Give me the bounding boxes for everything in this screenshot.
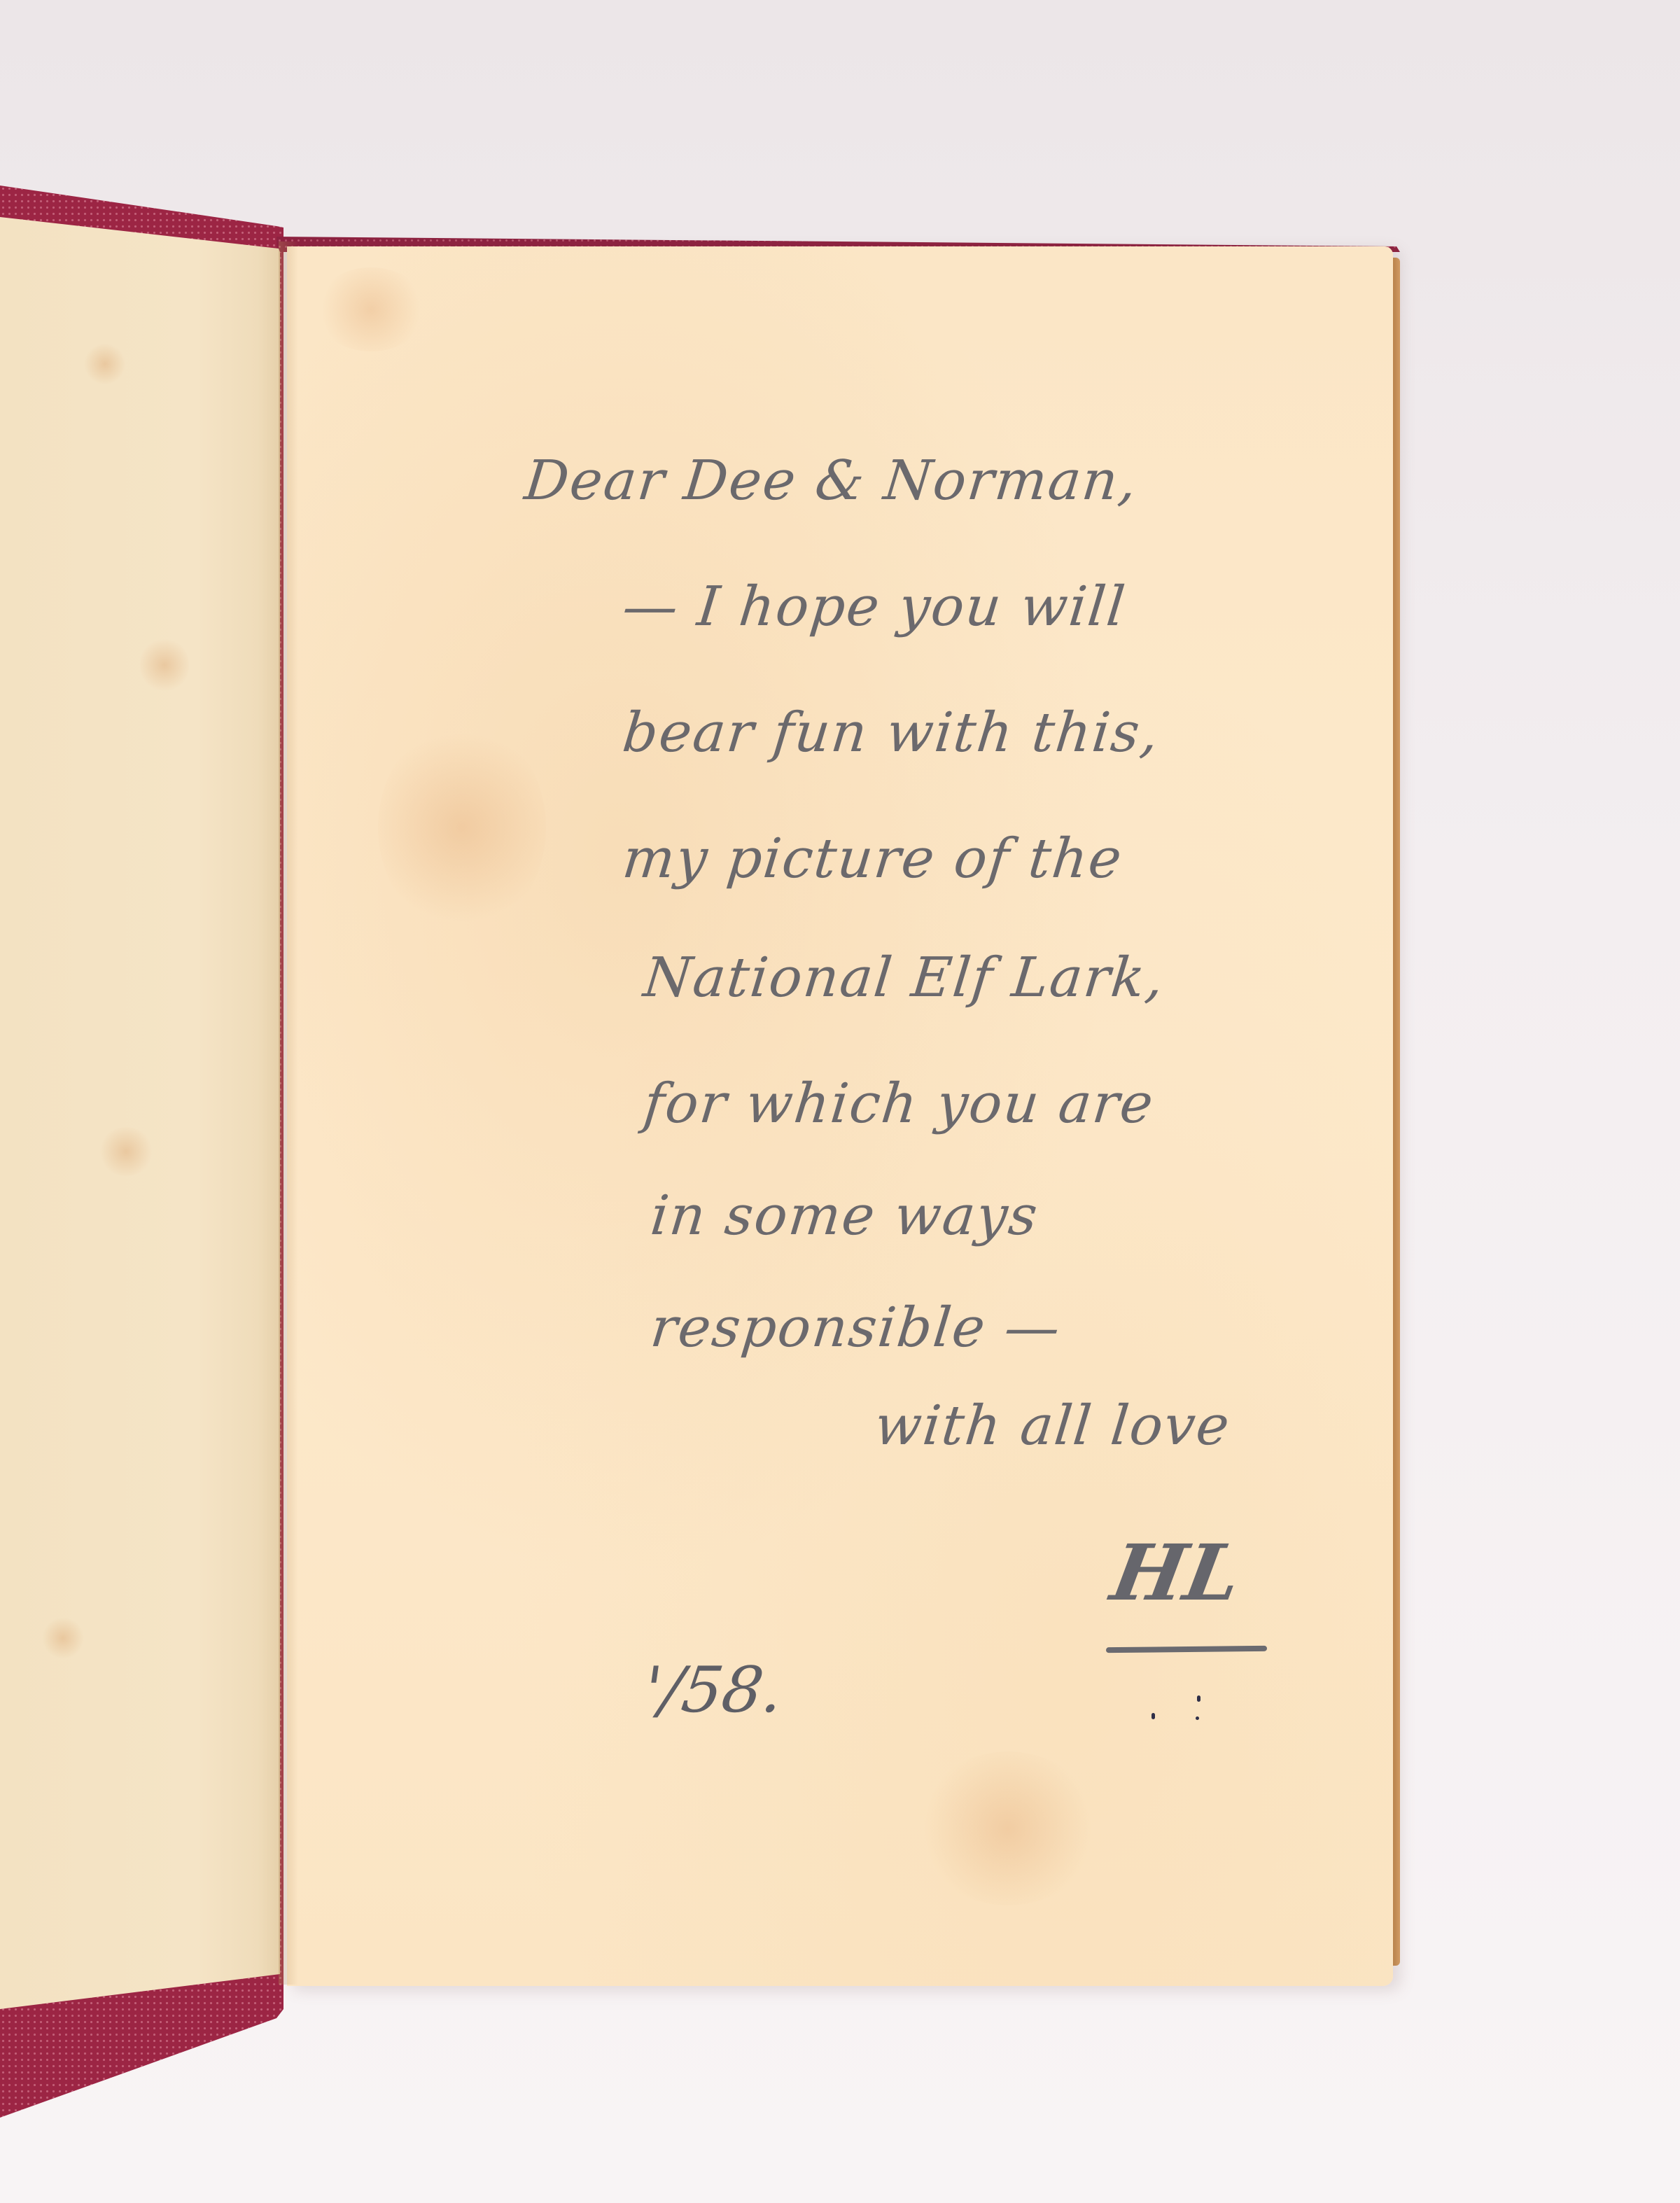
inscription-date: '/58. [639,1653,788,1727]
ink-spot [1197,1695,1200,1702]
inscribed-flyleaf: Dear Dee & Norman, — I hope you will bea… [287,246,1393,1986]
foxing-spot [42,1617,84,1659]
inscription-line: — I hope you will [619,575,1129,638]
inscription-line: my picture of the [619,827,1126,890]
foxing-spot [84,343,126,385]
handwritten-inscription: Dear Dee & Norman, — I hope you will bea… [287,246,1393,1986]
ink-spot [1196,1716,1199,1720]
foxing-spot [98,1127,154,1176]
inscription-line-closing: with all love [871,1394,1233,1457]
signature-underline [1106,1646,1267,1653]
ink-spot [1151,1713,1155,1719]
inscription-line: responsible — [647,1296,1064,1359]
inscription-line: bear fun with this, [619,701,1163,764]
inscription-line: in some ways [647,1184,1042,1247]
foxing-spot [140,637,189,693]
left-pastedown-endpaper [0,217,280,2009]
signature-initials: HL [1105,1527,1248,1618]
inscription-line-salutation: Dear Dee & Norman, [521,449,1141,512]
inscription-line: National Elf Lark, [640,946,1168,1009]
book-gutter-shadow [279,242,298,1985]
book-photo-scene: Dear Dee & Norman, — I hope you will bea… [0,0,1680,2203]
inscription-line: for which you are [640,1072,1157,1135]
text-block-fore-edge [1393,258,1400,1966]
